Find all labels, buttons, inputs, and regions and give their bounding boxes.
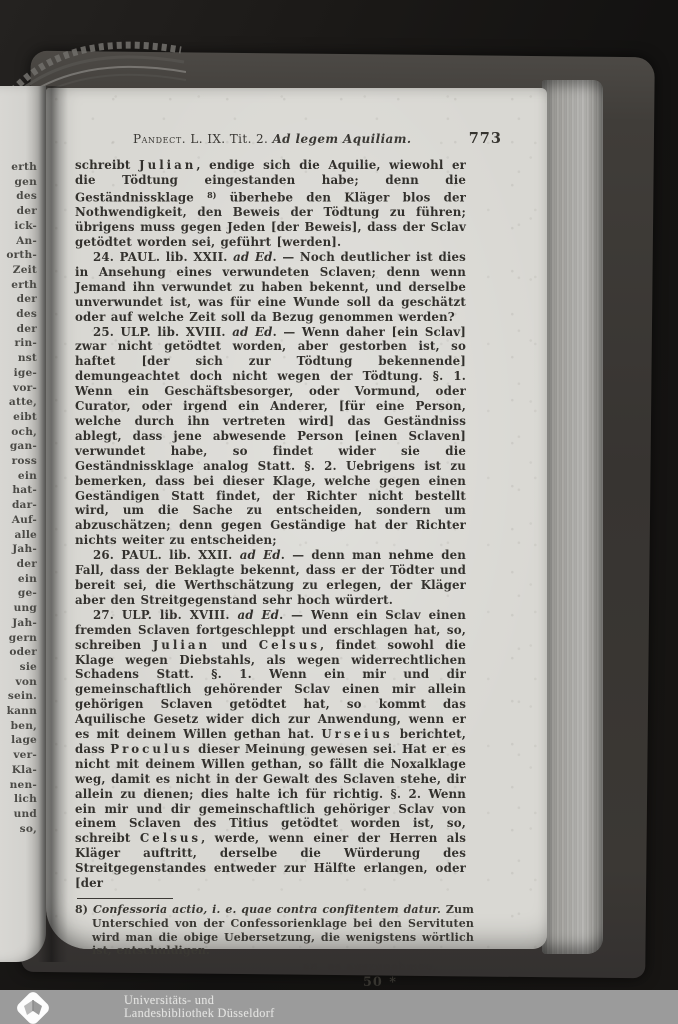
fragment-line: nst: [0, 351, 37, 366]
fragment-line: hat-: [0, 483, 37, 498]
fragment-line: Auf-: [0, 513, 37, 528]
paragraph: schreibt Julian, endige sich die Aquilie…: [75, 158, 466, 250]
fragment-line: eibt: [0, 410, 37, 425]
footnote: 8) Confessoria actio, i. e. quae contra …: [75, 903, 474, 958]
fragment-line: ung: [0, 601, 37, 616]
fragment-line: gan-: [0, 439, 37, 454]
library-watermark-bar: Universitäts- und Landesbibliothek Düsse…: [0, 990, 678, 1024]
library-name-line1: Universitäts- und: [124, 994, 275, 1008]
fragment-line: nen-: [0, 778, 37, 793]
fragment-line: sein.: [0, 689, 37, 704]
page-text-block: schreibt Julian, endige sich die Aquilie…: [75, 158, 466, 991]
fragment-line: der: [0, 557, 37, 572]
page-block-fore-edge: [542, 80, 603, 954]
fragment-line: och,: [0, 425, 37, 440]
facing-page-text-fragments: erthgendesderick-An-orth-Zeiterthderdesd…: [0, 86, 46, 836]
fragment-line: erth: [0, 278, 37, 293]
fragment-line: gern: [0, 631, 37, 646]
fragment-line: ross: [0, 454, 37, 469]
fragment-line: orth-: [0, 248, 37, 263]
scan-viewport: erthgendesderick-An-orth-Zeiterthderdesd…: [0, 0, 678, 1024]
fragment-line: ge-: [0, 586, 37, 601]
fragment-line: alle: [0, 528, 37, 543]
book-page: Pandect. L. IX. Tit. 2. Ad legem Aquilia…: [46, 88, 547, 949]
fragment-line: Jah-: [0, 616, 37, 631]
running-head-title: Pandect. L. IX. Tit. 2. Ad legem Aquilia…: [130, 132, 411, 146]
paragraph: 25. ULP. lib. XVIII. ad Ed. — Wenn daher…: [75, 325, 466, 549]
library-name-line2: Landesbibliothek Düsseldorf: [124, 1007, 275, 1021]
paragraph: 24. PAUL. lib. XXII. ad Ed. — Noch deutl…: [75, 250, 466, 325]
fragment-line: kann: [0, 704, 37, 719]
fragment-line: lage: [0, 733, 37, 748]
fragment-line: so,: [0, 822, 37, 837]
footnote-separator-rule: [77, 898, 173, 899]
body-paragraphs: schreibt Julian, endige sich die Aquilie…: [75, 158, 466, 891]
fragment-line: Jah-: [0, 542, 37, 557]
fragment-line: ein: [0, 572, 37, 587]
fragment-line: der: [0, 292, 37, 307]
running-head: Pandect. L. IX. Tit. 2. Ad legem Aquilia…: [130, 132, 506, 148]
fragment-line: atte,: [0, 395, 37, 410]
fragment-line: gen: [0, 175, 37, 190]
fragment-line: und: [0, 807, 37, 822]
fragment-line: erth: [0, 160, 37, 175]
fragment-line: Kla-: [0, 763, 37, 778]
printers-signature-mark: 50 *: [363, 976, 466, 991]
fragment-line: der: [0, 322, 37, 337]
fragment-line: rin-: [0, 336, 37, 351]
library-logo-icon: [12, 987, 54, 1024]
fragment-line: von: [0, 675, 37, 690]
page-number: 773: [469, 130, 502, 147]
fragment-line: An-: [0, 234, 37, 249]
fragment-line: dar-: [0, 498, 37, 513]
fragment-line: des: [0, 189, 37, 204]
facing-page-edge: erthgendesderick-An-orth-Zeiterthderdesd…: [0, 86, 46, 962]
fragment-line: der: [0, 204, 37, 219]
library-name: Universitäts- und Landesbibliothek Düsse…: [124, 994, 275, 1021]
paragraph: 27. ULP. lib. XVIII. ad Ed. — Wenn ein S…: [75, 608, 466, 891]
fragment-line: lich: [0, 792, 37, 807]
fragment-line: oder: [0, 645, 37, 660]
fragment-line: vor-: [0, 381, 37, 396]
fragment-line: ver-: [0, 748, 37, 763]
fragment-line: ige-: [0, 366, 37, 381]
fragment-line: ben,: [0, 719, 37, 734]
fragment-line: sie: [0, 660, 37, 675]
fragment-line: ick-: [0, 219, 37, 234]
ink-showthrough-ghost-text: an, es auszunehmen,: [303, 960, 466, 975]
paragraph: 26. PAUL. lib. XXII. ad Ed. — denn man n…: [75, 548, 466, 608]
fragment-line: ein: [0, 469, 37, 484]
fragment-line: Zeit: [0, 263, 37, 278]
fragment-line: des: [0, 307, 37, 322]
